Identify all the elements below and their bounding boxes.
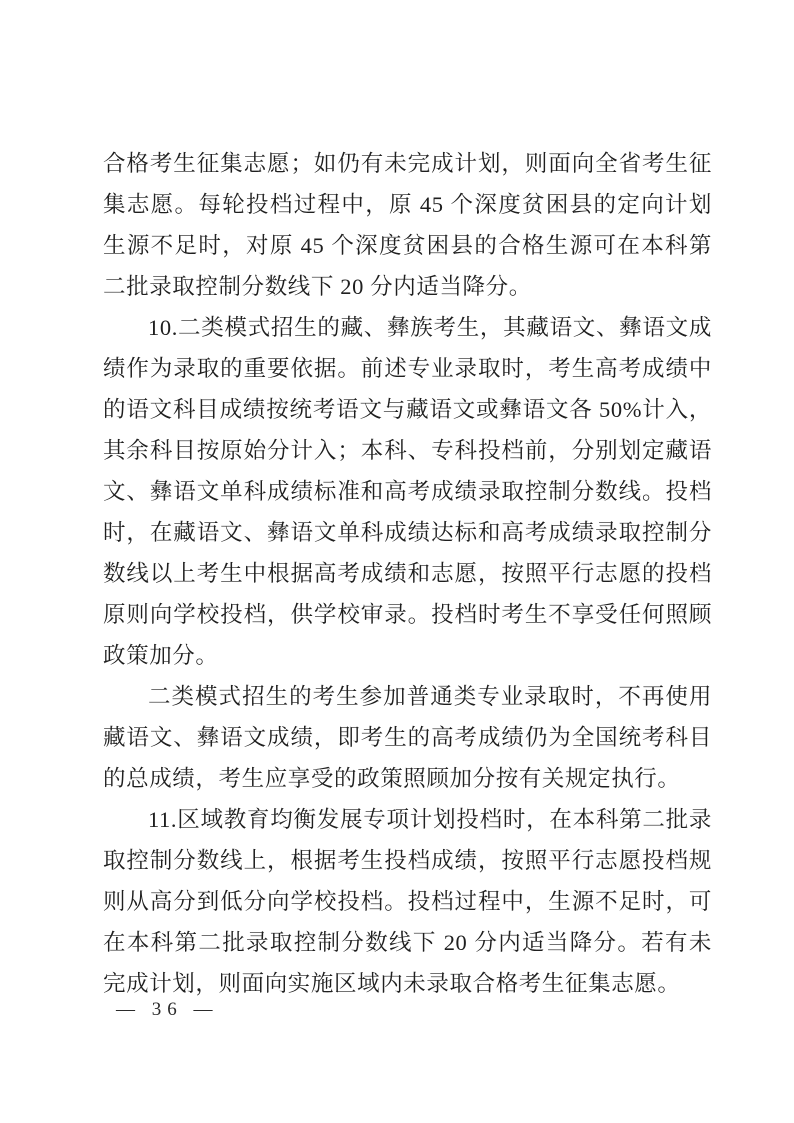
paragraph-item-10-note: 二类模式招生的考生参加普通类专业录取时，不再使用藏语文、彝语文成绩，即考生的高考… [103,676,712,799]
page-number: — 36 — [116,999,219,1021]
paragraph-continuation: 合格考生征集志愿；如仍有未完成计划，则面向全省考生征集志愿。每轮投档过程中，原 … [103,143,712,307]
page-footer: — 36 — [0,999,794,1021]
paragraph-item-11: 11.区域教育均衡发展专项计划投档时，在本科第二批录取控制分数线上，根据考生投档… [103,799,712,1004]
document-body: 合格考生征集志愿；如仍有未完成计划，则面向全省考生征集志愿。每轮投档过程中，原 … [103,143,712,1004]
document-page: 合格考生征集志愿；如仍有未完成计划，则面向全省考生征集志愿。每轮投档过程中，原 … [0,0,794,1123]
paragraph-item-10: 10.二类模式招生的藏、彝族考生，其藏语文、彝语文成绩作为录取的重要依据。前述专… [103,307,712,676]
